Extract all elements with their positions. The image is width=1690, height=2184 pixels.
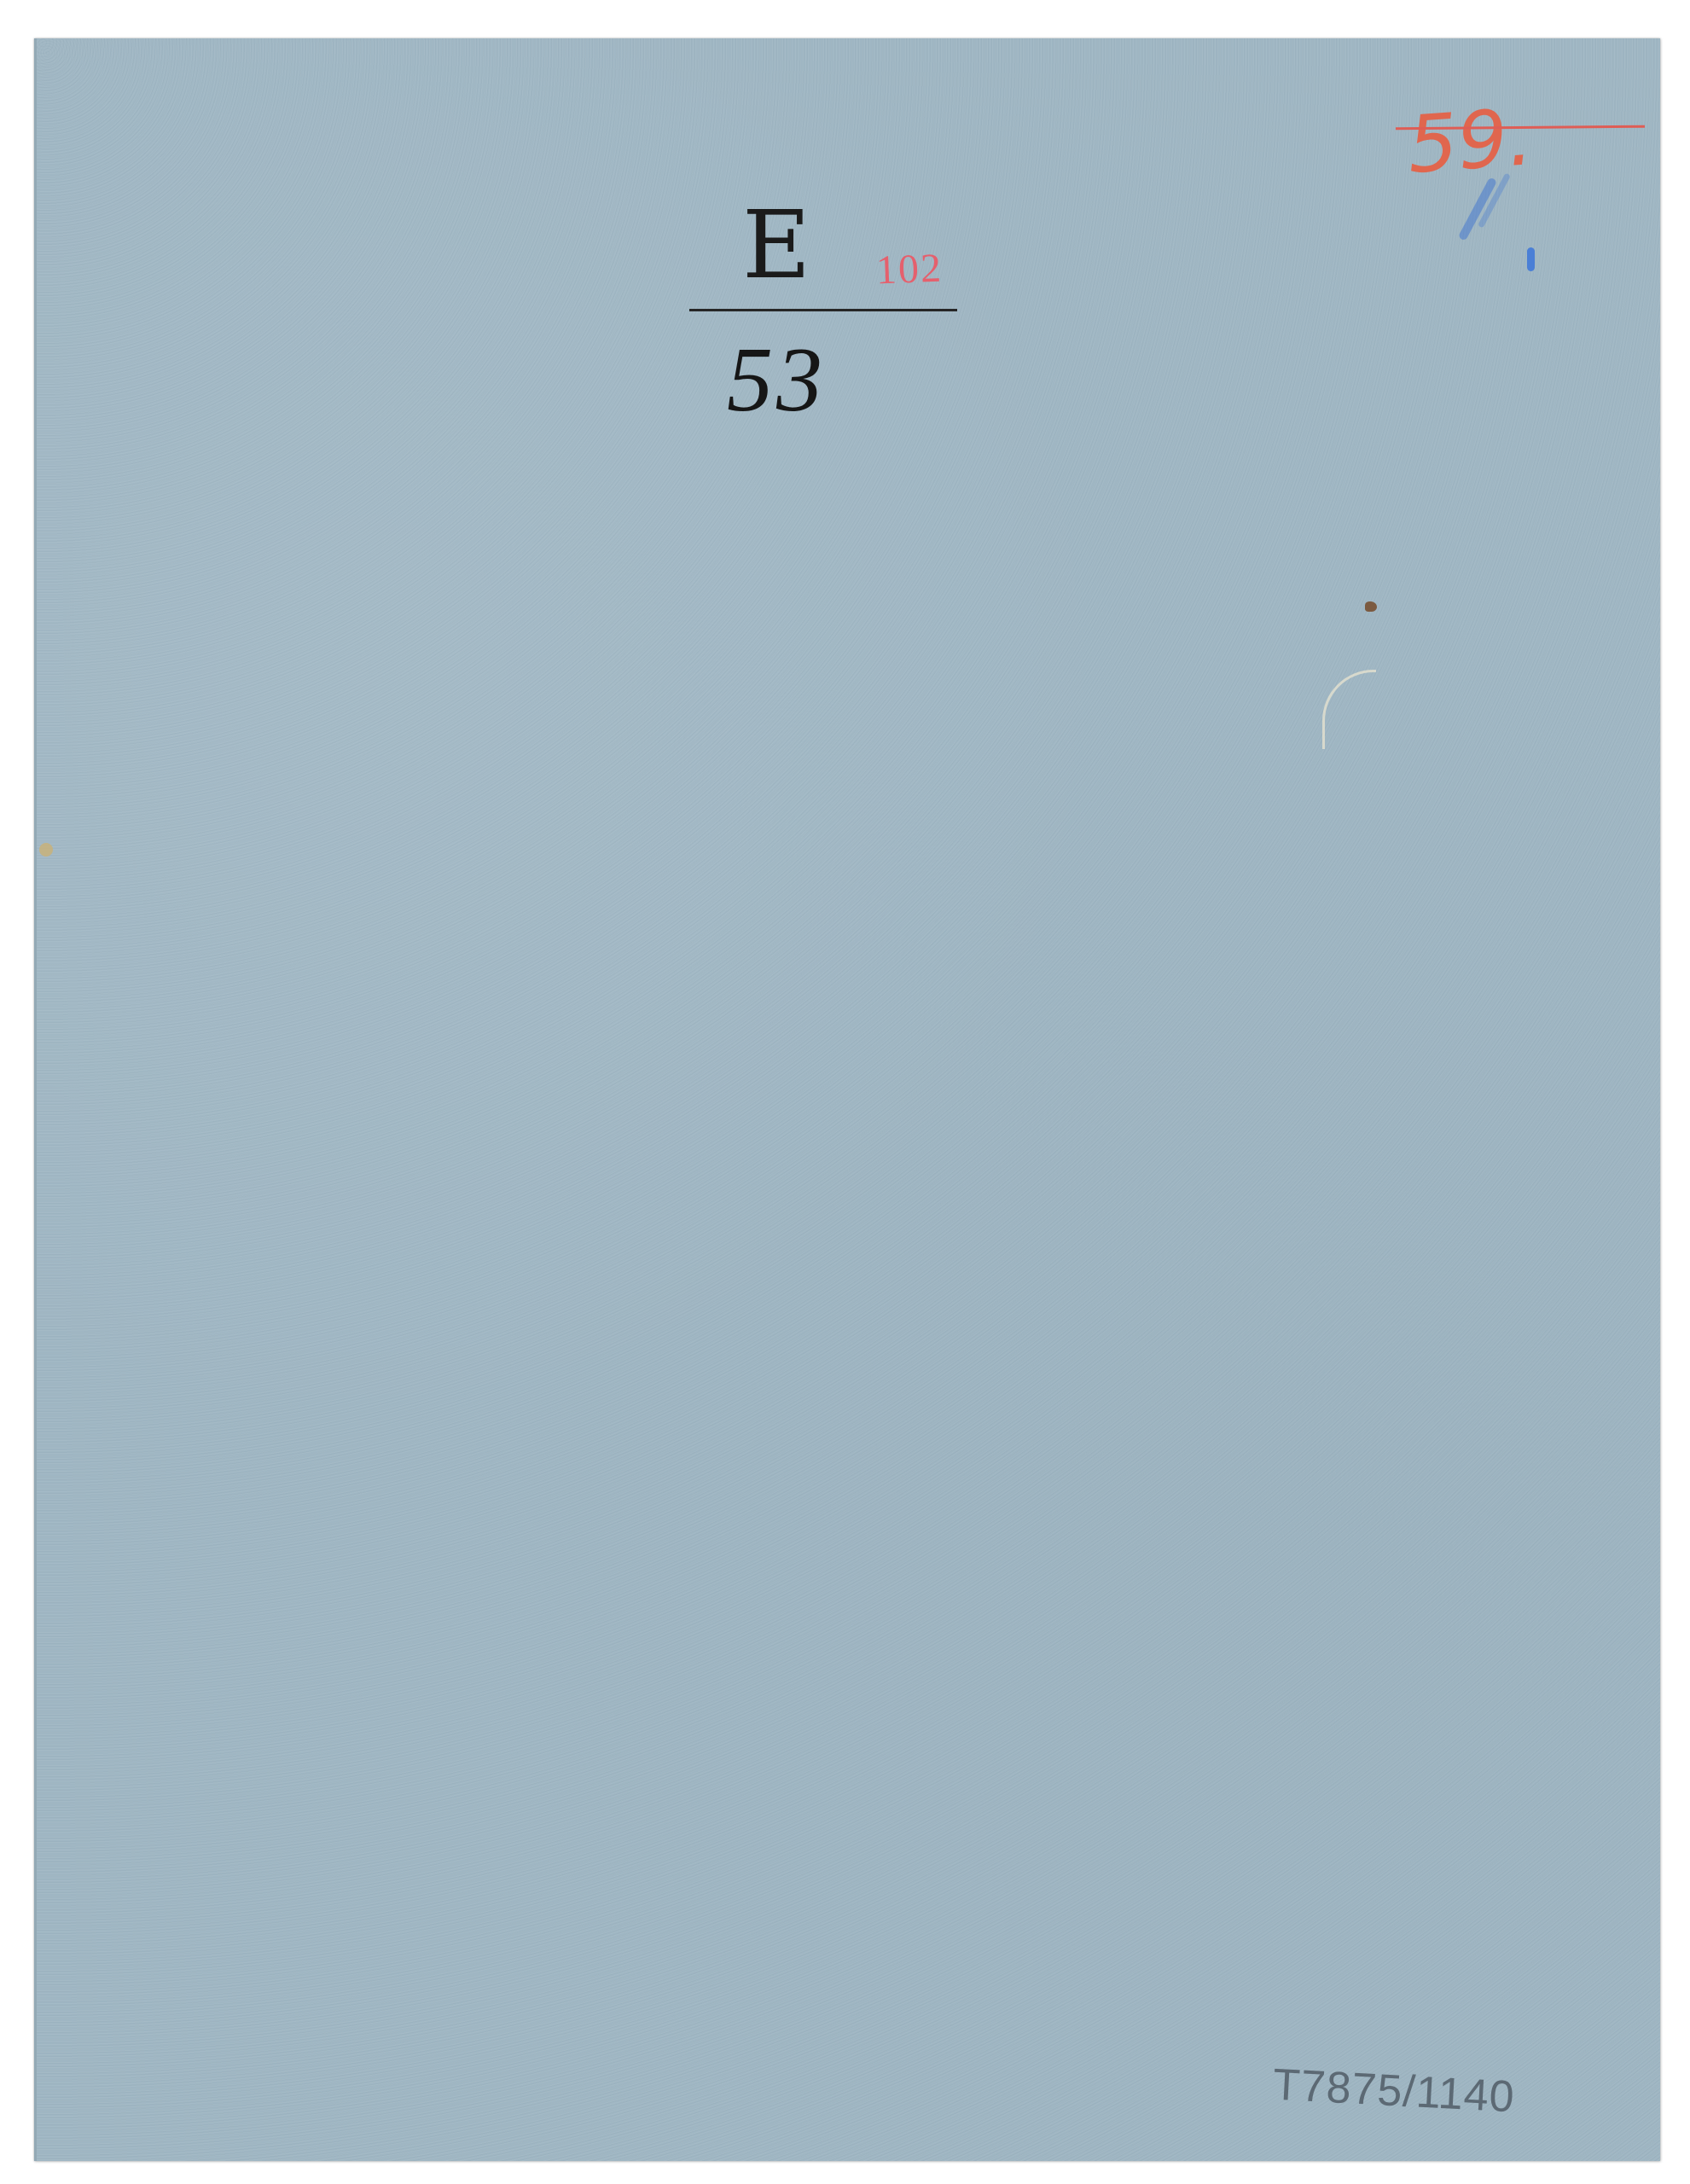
folder-cover	[34, 38, 1660, 2161]
series-letter: E	[742, 198, 810, 292]
red-folio-number: 59.	[1405, 98, 1535, 185]
paper-speck	[1365, 601, 1377, 612]
fraction-divider-line	[689, 309, 957, 311]
red-subscript-number: 102	[875, 248, 944, 292]
series-number: 53	[727, 334, 826, 427]
pencil-inventory-code: T7875/1140	[1272, 2063, 1516, 2120]
paper-stain	[39, 843, 53, 857]
blue-pencil-dot	[1527, 247, 1535, 271]
